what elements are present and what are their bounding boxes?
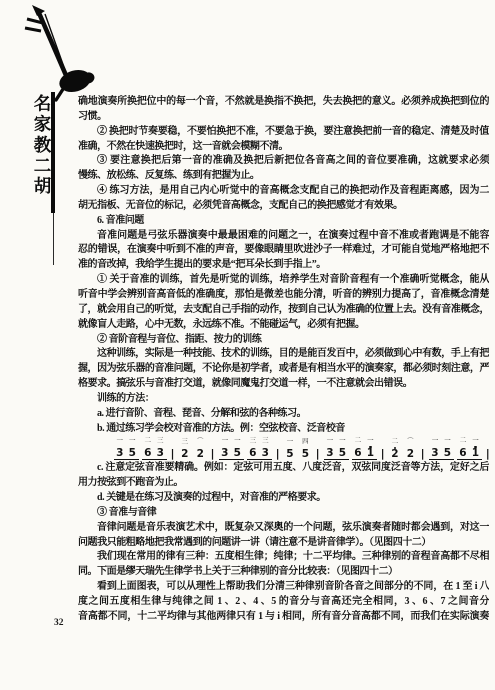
notation-note: 一5: [126, 438, 139, 460]
text-line: 准的音改掉，我给学生提出的要求是“把耳朵长到手指上”。: [78, 258, 489, 273]
notation-note: 一5: [441, 438, 454, 460]
text-line: 听音中学会辨别音高音低的准确度，那怕是微差也能分清，听音的辨别力提高了，音准概念…: [78, 288, 489, 303]
barline: |: [211, 448, 215, 461]
erhu-illustration: [18, 0, 113, 105]
text-line: 同。下面是缪天瑞先生律学书上关于三种律别的音分比较表：（见图四十二）: [78, 565, 489, 580]
text-line: 我们现在常用的律有三种：五度相生律；纯律；十二平均律。三种律别的音程音高都不尽相: [78, 550, 489, 565]
beamed-note-group: 二6三3: [142, 438, 167, 461]
notation-note: 一3: [429, 438, 442, 460]
note-group: 四5: [299, 439, 312, 461]
text-line: 用力按弦到不跑音为止。: [78, 476, 489, 491]
sidebar-rule-thin: [53, 213, 54, 265]
note-group: ⌒2: [404, 439, 417, 461]
text-line: a. 进行音阶、音程、琵音、分解和弦的各种练习。: [78, 407, 489, 422]
beamed-note-group: 二6一1: [457, 438, 482, 461]
sidebar-rule-thick: [51, 92, 55, 213]
text-line: b. 通过练习学会校对音准的方法。例：空弦校音、泛音校音: [78, 422, 489, 437]
note-group: ⌒2: [194, 439, 207, 461]
notation-note: 二2: [389, 439, 402, 461]
page-number: 32: [54, 618, 64, 628]
text-line: 握，因为弦乐器的音准问题，不论你是初学者，或者是有相当水平的演奏家，都必须时刻注…: [78, 362, 489, 377]
notation-note: 一5: [284, 439, 297, 461]
text-line: 音准问题是弓弦乐器演奏中最最困难的问题之一，在演奏过程中音不准或者跑调是不能容: [78, 229, 489, 244]
notation-note: 一5: [336, 438, 349, 460]
text-line: 音律问题是音乐表演艺术中，既复杂又深奥的一个问题，弦乐演奏者随时都会遇到，对这一: [78, 521, 489, 536]
body-text: 确地演奏所换把位中的每一个音，不然就是换指不换把，失去换把的意义。必须养成换把到…: [78, 95, 489, 625]
text-line: 6. 音准问题: [78, 214, 489, 229]
beamed-note-group: 三6三3: [247, 438, 272, 461]
notation-note: 二6: [457, 438, 470, 460]
text-line: 训练的方法：: [78, 392, 489, 407]
notation-note: 一3: [219, 438, 232, 460]
beamed-note-group: 一3一5: [429, 438, 454, 461]
text-line: ① 关于音准的训练，首先是听觉的训练，培养学生对音阶音程有一个准确听觉概念，能从: [78, 273, 489, 288]
barline: |: [171, 448, 175, 461]
book-page: 名家教二胡 确地演奏所换把位中的每一个音，不然就是换指不换把，失去换把的意义。必…: [0, 0, 495, 690]
notation-note: 二6: [352, 438, 365, 460]
text-line: 问题我只能粗略地把我常遇到的问题讲一讲（请注意不是讲音律学）。（见图四十二）: [78, 536, 489, 551]
text-line: 胡无指板、无音位的标记，必须凭音高概念，支配自己的换把感觉才有效果。: [78, 199, 489, 214]
beamed-note-group: 一3一5: [114, 438, 139, 461]
note-group: 一5: [284, 439, 297, 461]
text-line: 音高都不同，十二平均律与其他两律只有 1 与 i 相同，所有音分音高都不同，而我…: [78, 610, 489, 625]
beamed-note-group: 二6一1: [352, 438, 377, 461]
beamed-note-group: 一3一5: [219, 438, 244, 461]
note-group: 二2: [389, 439, 402, 461]
notation-note: 一1: [364, 438, 377, 460]
text-line: ③ 音准与音律: [78, 506, 489, 521]
barline: |: [276, 448, 280, 461]
text-line: 确地演奏所换把位中的每一个音，不然就是换指不换把，失去换把的意义。必须养成换把到…: [78, 95, 489, 110]
barline: |: [316, 448, 320, 461]
text-line: 准确，不然在快速换把时，这一音就会模糊不清。: [78, 140, 489, 155]
text-line: 度之间五度相生律与纯律之间 1 、2 、4 、5 的音分与音高还完全相同，3 、…: [78, 595, 489, 610]
text-line: ④ 练习方法，是用自己内心听觉中的音高概念支配自己的换把动作及音程距离感，因为二: [78, 184, 489, 199]
notation-note: ⌒2: [194, 439, 207, 461]
notation-note: 三3: [259, 438, 272, 460]
text-line: c. 注意定弦音准要精确。例如：定弦可用五度、八度泛音，双弦同度泛音等方法，定好…: [78, 461, 489, 476]
text-line: ③ 要注意换把后第一音的准确及换把后新把位各音高之间的音位要准确，这就要求必须: [78, 154, 489, 169]
beamed-note-group: 一3一5: [324, 438, 349, 461]
text-line: 看到上面图表，可以从理性上帮助我们分清三种律别音阶各音之间部分的不同，在 1 至…: [78, 580, 489, 595]
barline: |: [486, 448, 490, 461]
notation-note: 一3: [324, 438, 337, 460]
text-line: 了，就会用自己的听觉，去支配自己手指的动作，按到自己认为准确的位置上去。没有音准…: [78, 303, 489, 318]
barline: |: [381, 448, 385, 461]
text-line: 格要求。搞弦乐与音准打交道，就像同魔鬼打交道一样，一不注意就会出错误。: [78, 377, 489, 392]
jianpu-notation: 一3一5二6三3|三2⌒2|一3一5三6三3|一5四5|一3一5二6一1|二2⌒…: [112, 438, 489, 460]
text-line: d. 关键是在练习及演奏的过程中，对音准的严格要求。: [78, 491, 489, 506]
text-line: ② 换把时节奏要稳，不要怕换把不准，不要急于换，要注意换把前一音的稳定、清楚及时…: [78, 125, 489, 140]
notation-note: 三2: [179, 439, 192, 461]
notation-note: 三3: [154, 438, 167, 460]
notation-note: 一5: [231, 438, 244, 460]
text-line: 这种训练，实际是一种技能、技术的训练，目的是能百发百中，必须做到心中有数，手上有…: [78, 347, 489, 362]
note-group: 三2: [179, 439, 192, 461]
text-line: ② 音阶音程与音位、指距、按力的训练: [78, 333, 489, 348]
notation-note: 三6: [247, 438, 260, 460]
notation-note: 一1: [469, 438, 482, 460]
notation-note: 二6: [142, 438, 155, 460]
notation-note: 四5: [299, 439, 312, 461]
text-line: 慢练、放松练、反复练、练到有把握为止。: [78, 169, 489, 184]
notation-note: ⌒2: [404, 439, 417, 461]
barline: |: [421, 448, 425, 461]
text-line: 忍的错误，在演奏中听到不准的声音，要像眼睛里吹进沙子一样难过，才可能自觉地严格地…: [78, 243, 489, 258]
notation-note: 一3: [114, 438, 127, 460]
text-line: 就像盲人走路，心中无数，永远练不准。不能碰运气，必须有把握。: [78, 318, 489, 333]
text-line: 习惯。: [78, 110, 489, 125]
